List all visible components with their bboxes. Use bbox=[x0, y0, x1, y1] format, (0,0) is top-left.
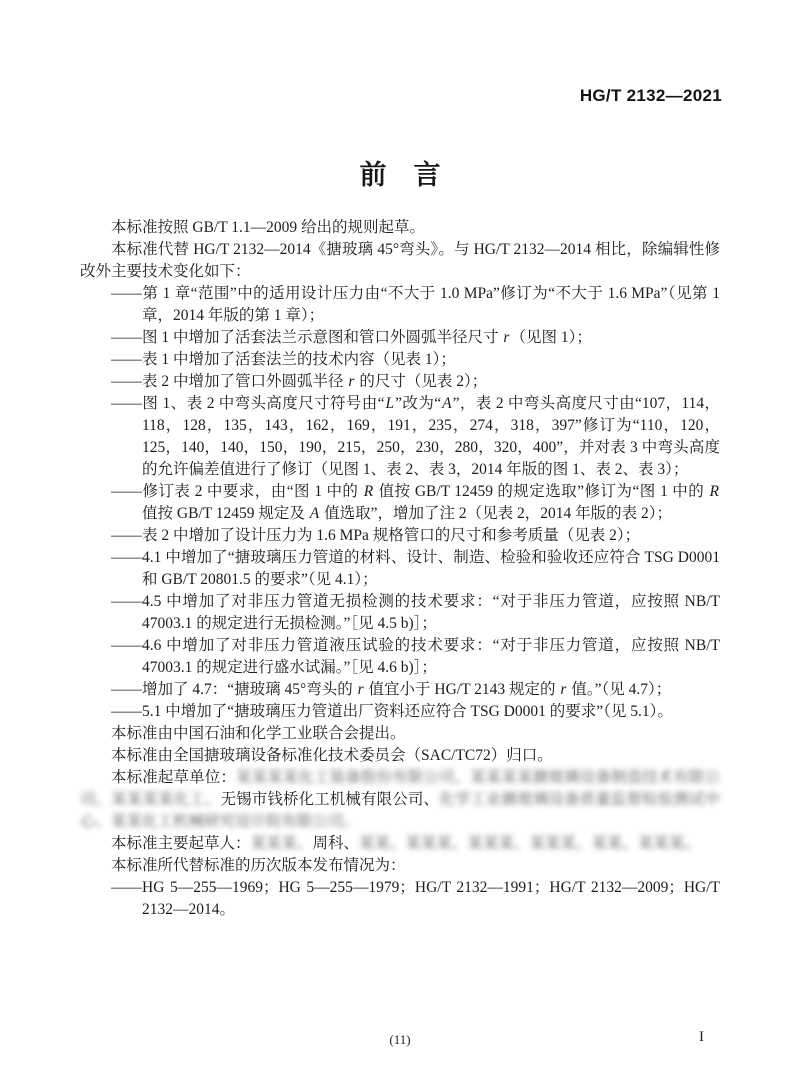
change-item: ——HG 5—255—1969；HG 5—255—1979；HG/T 2132—… bbox=[80, 877, 720, 921]
text-run: 本标准所代替标准的历次版本发布情况为： bbox=[111, 857, 406, 874]
text-run: 的尺寸（见表 2）； bbox=[355, 373, 487, 390]
text-run: ——4.1 中增加了“搪玻璃压力管道的材料、设计、制造、检验和验收还应符合 TS… bbox=[111, 549, 720, 588]
change-item: ——修订表 2 中要求，由“图 1 中的 R 值按 GB/T 12459 的规定… bbox=[80, 481, 720, 525]
text-run: ——第 1 章“范围”中的适用设计压力由“不大于 1.0 MPa”修订为“不大于… bbox=[111, 285, 720, 324]
page-number: I bbox=[699, 1029, 704, 1046]
text-run: 本标准由中国石油和化学工业联合会提出。 bbox=[111, 725, 406, 742]
text-run: ”改为“ bbox=[395, 395, 441, 412]
paragraph: 本标准代替 HG/T 2132—2014《搪玻璃 45°弯头》。与 HG/T 2… bbox=[80, 239, 720, 283]
redacted-text: 某某、某某某、某某某、某某某、某某、某某某。 bbox=[359, 835, 700, 852]
text-run: ——HG 5—255—1969；HG 5—255—1979；HG/T 2132—… bbox=[111, 879, 720, 918]
change-item: ——4.5 中增加了对非压力管道无损检测的技术要求：“对于非压力管道，应按照 N… bbox=[80, 591, 720, 635]
change-item: ——增加了 4.7：“搪玻璃 45°弯头的 r 值宜小于 HG/T 2143 规… bbox=[80, 679, 720, 701]
change-item: ——表 1 中增加了活套法兰的技术内容（见表 1）； bbox=[80, 349, 720, 371]
text-run: ——4.5 中增加了对非压力管道无损检测的技术要求：“对于非压力管道，应按照 N… bbox=[111, 593, 720, 632]
document-page: HG/T 2132—2021 前 言 本标准按照 GB/T 1.1—2009 给… bbox=[0, 0, 800, 1067]
change-item: ——图 1、表 2 中弯头高度尺寸符号由“L”改为“A”，表 2 中弯头高度尺寸… bbox=[80, 393, 720, 481]
text-run: 值选取”，增加了注 2（见表 2，2014 年版的表 2）； bbox=[320, 505, 672, 522]
text-run: ——表 2 中增加了设计压力为 1.6 MPa 规格管口的尺寸和参考质量（见表 … bbox=[111, 527, 640, 544]
text-run: ——5.1 中增加了“搪玻璃压力管道出厂资料还应符合 TSG D0001 的要求… bbox=[111, 703, 673, 720]
text-run: 本标准起草单位： bbox=[111, 769, 236, 786]
footer-code: (11) bbox=[80, 1032, 720, 1048]
text-run: ——增加了 4.7：“搪玻璃 45°弯头的 bbox=[111, 681, 357, 698]
variable-symbol: R bbox=[363, 483, 374, 500]
redacted-text: 某某某、 bbox=[251, 835, 313, 852]
paragraph: 本标准由中国石油和化学工业联合会提出。 bbox=[80, 723, 720, 745]
paragraph: 本标准起草单位：某某某某化工装备股份有限公司、某某某某搪玻璃设备制造技术有限公司… bbox=[80, 767, 720, 833]
text-run: 值。”（见 4.7）； bbox=[567, 681, 671, 698]
text-run: 本标准按照 GB/T 1.1—2009 给出的规则起草。 bbox=[111, 219, 425, 236]
text-run: ——图 1、表 2 中弯头高度尺寸符号由“ bbox=[111, 395, 385, 412]
text-run: （见图 1）； bbox=[510, 329, 591, 346]
text-run: 值按 GB/T 12459 的规定选取”修订为“图 1 中的 bbox=[374, 483, 708, 500]
text-run: ——表 1 中增加了活套法兰的技术内容（见表 1）； bbox=[111, 351, 456, 368]
text-run: ——图 1 中增加了活套法兰示意图和管口外圆弧半径尺寸 bbox=[111, 329, 502, 346]
text-run: 值按 GB/T 12459 规定及 bbox=[142, 505, 309, 522]
text-run: 无锡市钱桥化工机械有限公司、 bbox=[221, 791, 440, 808]
text-run: 本标准由全国搪玻璃设备标准化技术委员会（SAC/TC72）归口。 bbox=[111, 747, 553, 764]
variable-symbol: r bbox=[357, 681, 365, 698]
change-item: ——4.6 中增加了对非压力管道液压试验的技术要求：“对于非压力管道，应按照 N… bbox=[80, 635, 720, 679]
change-item: ——第 1 章“范围”中的适用设计压力由“不大于 1.0 MPa”修订为“不大于… bbox=[80, 283, 720, 327]
standard-number: HG/T 2132—2021 bbox=[580, 86, 722, 106]
text-run: 周科、 bbox=[313, 835, 360, 852]
text-run: ——表 2 中增加了管口外圆弧半径 bbox=[111, 373, 347, 390]
variable-symbol: L bbox=[385, 395, 396, 412]
change-item: ——4.1 中增加了“搪玻璃压力管道的材料、设计、制造、检验和验收还应符合 TS… bbox=[80, 547, 720, 591]
text-run: 值宜小于 HG/T 2143 规定的 bbox=[365, 681, 560, 698]
change-item: ——5.1 中增加了“搪玻璃压力管道出厂资料还应符合 TSG D0001 的要求… bbox=[80, 701, 720, 723]
text-run: ——修订表 2 中要求，由“图 1 中的 bbox=[111, 483, 363, 500]
variable-symbol: R bbox=[709, 483, 720, 500]
paragraph: 本标准按照 GB/T 1.1—2009 给出的规则起草。 bbox=[80, 217, 720, 239]
text-run: 本标准主要起草人： bbox=[111, 835, 251, 852]
variable-symbol: A bbox=[309, 505, 320, 522]
paragraph: 本标准主要起草人：某某某、周科、某某、某某某、某某某、某某某、某某、某某某。 bbox=[80, 833, 720, 855]
foreword-content: 本标准按照 GB/T 1.1—2009 给出的规则起草。本标准代替 HG/T 2… bbox=[80, 217, 720, 921]
change-item: ——表 2 中增加了设计压力为 1.6 MPa 规格管口的尺寸和参考质量（见表 … bbox=[80, 525, 720, 547]
paragraph: 本标准所代替标准的历次版本发布情况为： bbox=[80, 855, 720, 877]
text-run: 本标准代替 HG/T 2132—2014《搪玻璃 45°弯头》。与 HG/T 2… bbox=[80, 241, 720, 280]
page-title: 前 言 bbox=[0, 153, 800, 192]
change-item: ——图 1 中增加了活套法兰示意图和管口外圆弧半径尺寸 r（见图 1）； bbox=[80, 327, 720, 349]
variable-symbol: A bbox=[441, 395, 452, 412]
text-run: ——4.6 中增加了对非压力管道液压试验的技术要求：“对于非压力管道，应按照 N… bbox=[111, 637, 720, 676]
paragraph: 本标准由全国搪玻璃设备标准化技术委员会（SAC/TC72）归口。 bbox=[80, 745, 720, 767]
change-item: ——表 2 中增加了管口外圆弧半径 r 的尺寸（见表 2）； bbox=[80, 371, 720, 393]
